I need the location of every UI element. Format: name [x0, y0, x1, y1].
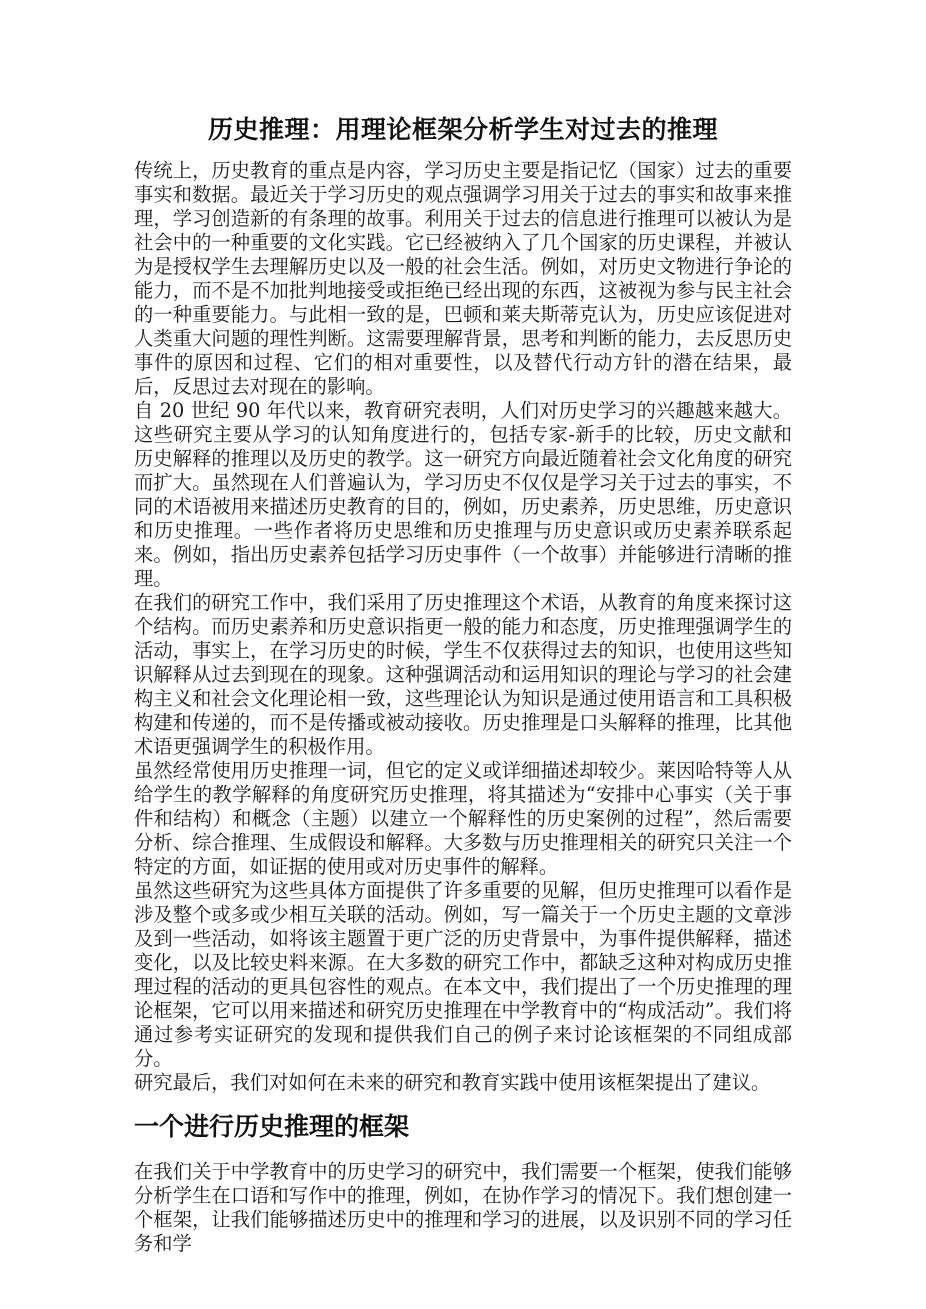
document-page: 历史推理：用理论框架分析学生对过去的推理 传统上，历史教育的重点是内容，学习历史…: [0, 0, 926, 1309]
paragraph-intro-5: 虽然这些研究为这些具体方面提供了许多重要的见解，但历史推理可以看作是涉及整个或多…: [134, 879, 792, 1071]
paragraph-intro-3: 在我们的研究工作中，我们采用了历史推理这个术语，从教育的角度来探讨这个结构。而历…: [134, 591, 792, 759]
paragraph-section-1: 在我们关于中学教育中的历史学习的研究中，我们需要一个框架，使我们能够分析学生在口…: [134, 1160, 792, 1256]
paragraph-intro-4: 虽然经常使用历史推理一词，但它的定义或详细描述却较少。莱因哈特等人从给学生的教学…: [134, 759, 792, 879]
section-heading-framework: 一个进行历史推理的框架: [134, 1111, 792, 1143]
paragraph-intro-1: 传统上，历史教育的重点是内容，学习历史主要是指记忆（国家）过去的重要事实和数据。…: [134, 159, 792, 399]
document-title: 历史推理：用理论框架分析学生对过去的推理: [134, 113, 792, 147]
paragraph-intro-6: 研究最后，我们对如何在未来的研究和教育实践中使用该框架提出了建议。: [134, 1071, 792, 1095]
paragraph-intro-2: 自 20 世纪 90 年代以来，教育研究表明，人们对历史学习的兴趣越来越大。这些…: [134, 399, 792, 591]
